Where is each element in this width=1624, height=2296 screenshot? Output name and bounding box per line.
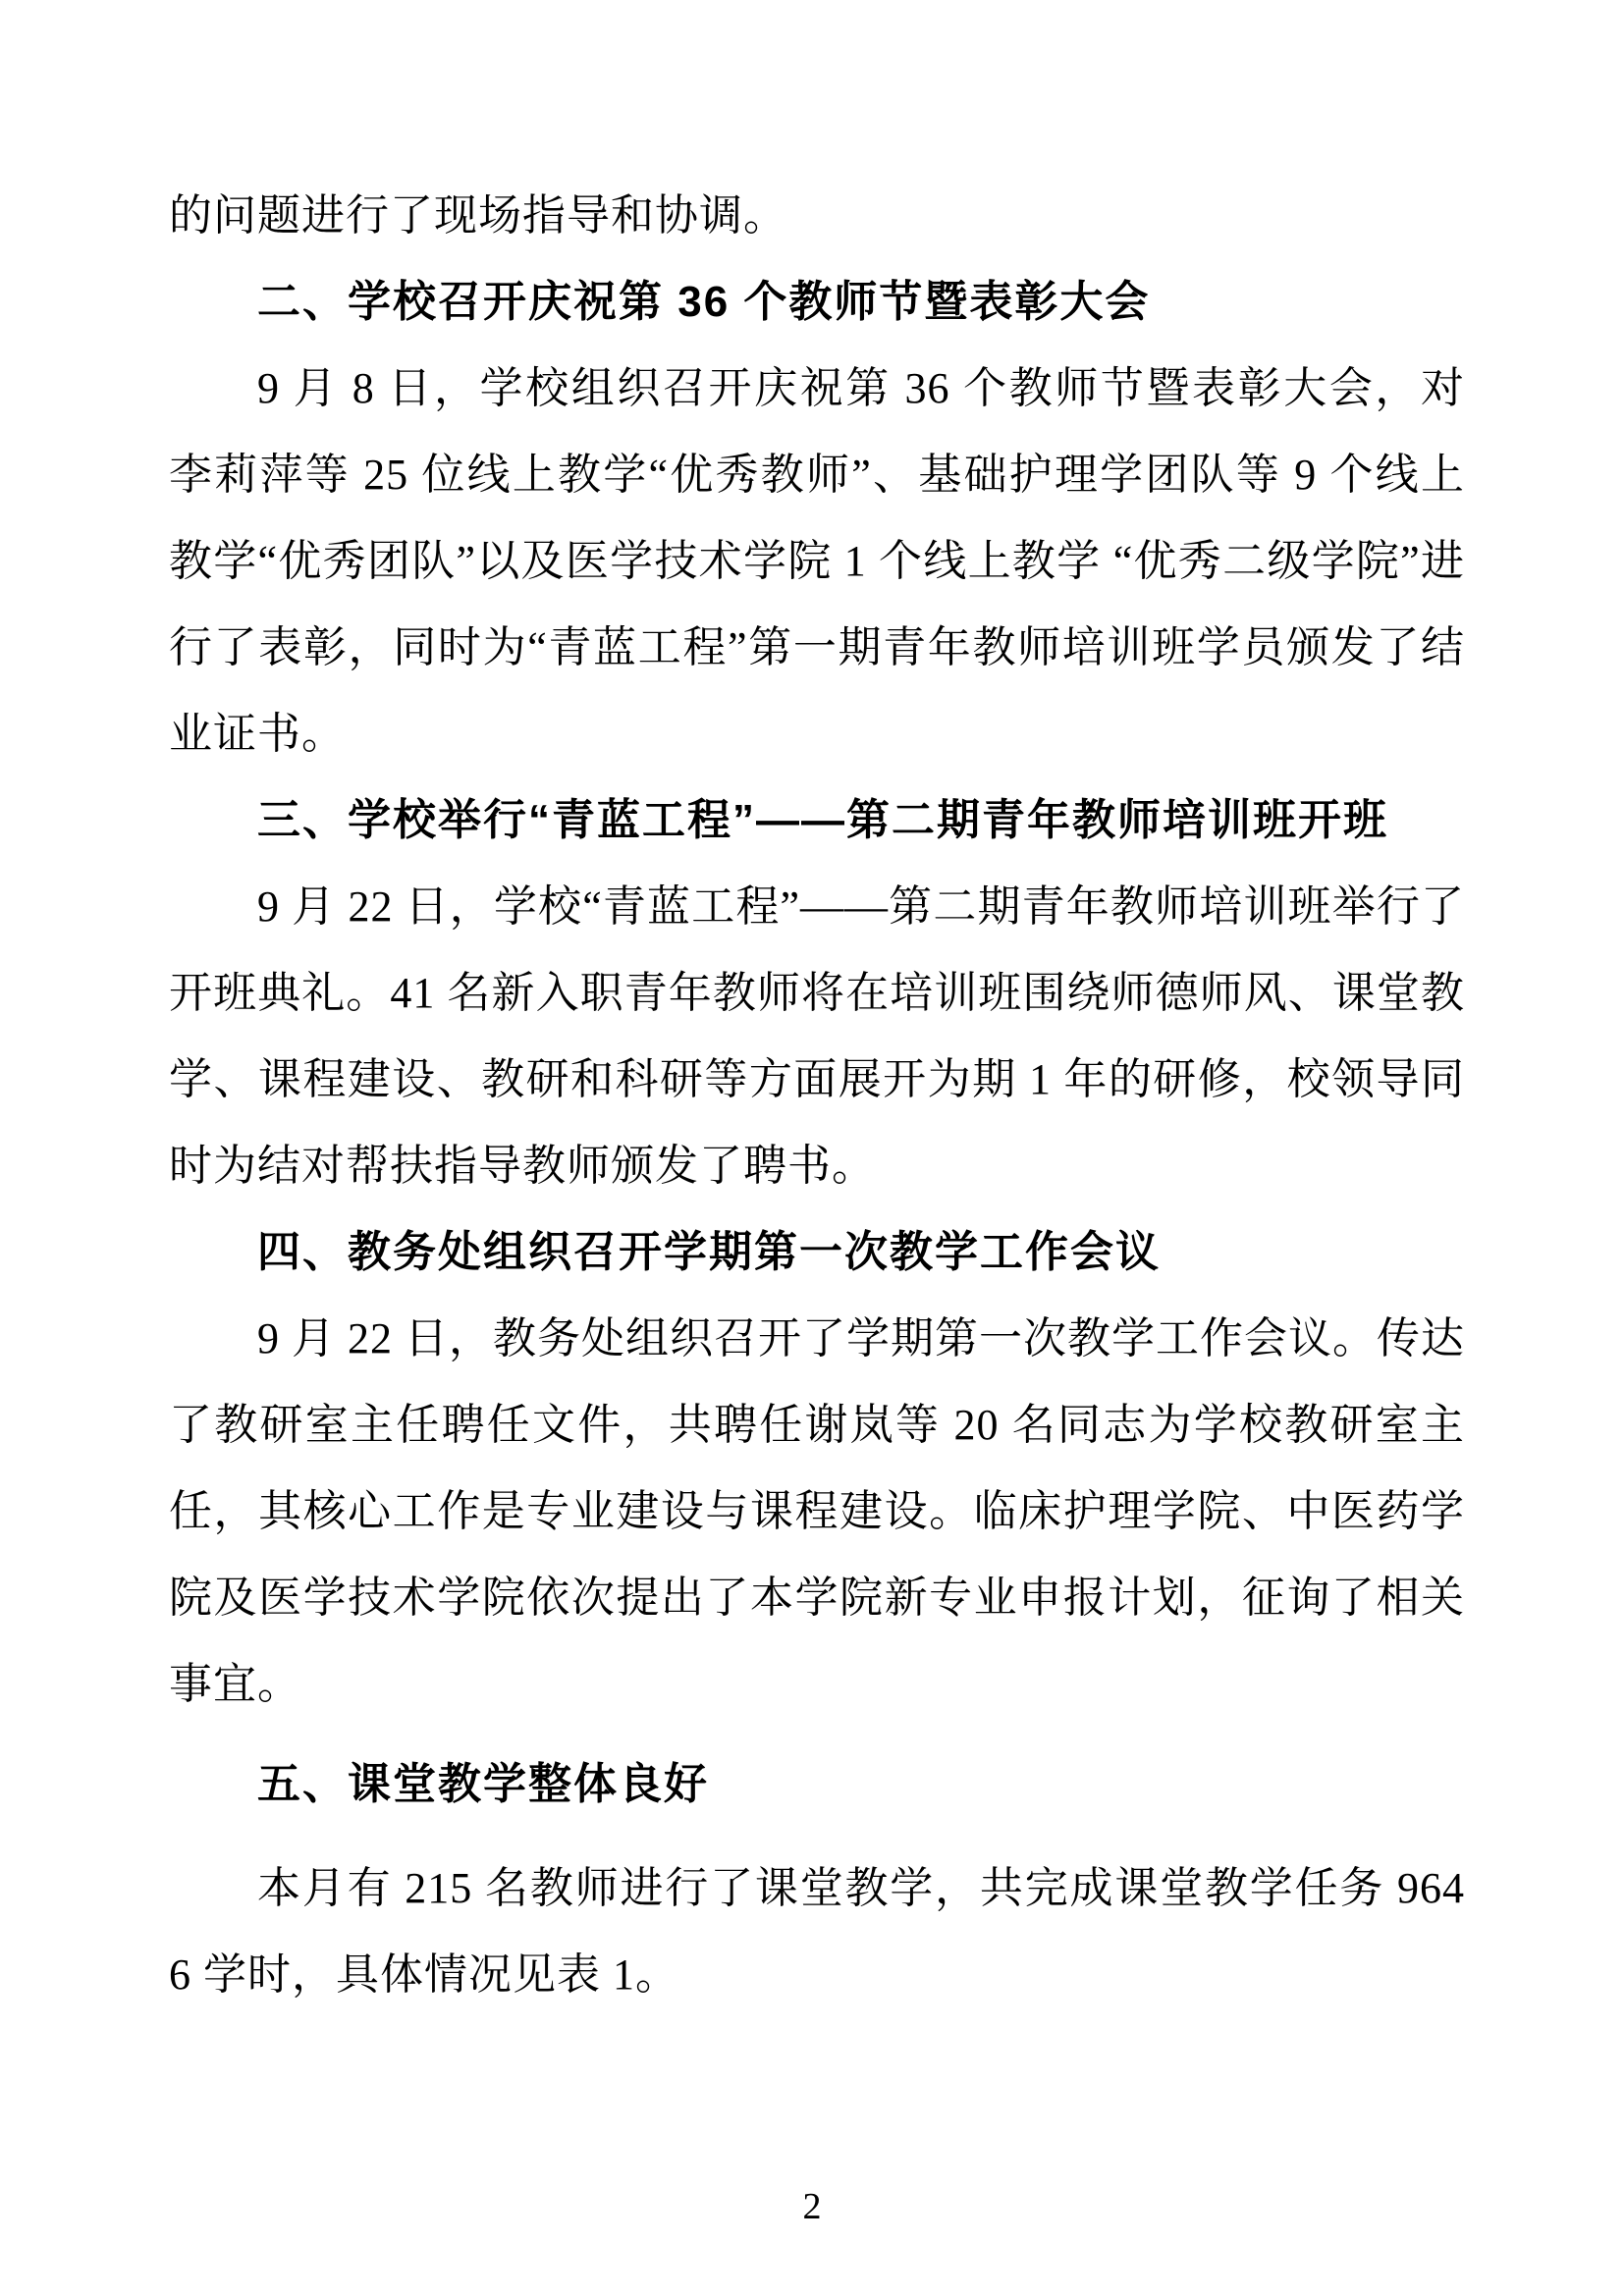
document-page: 的问题进行了现场指导和协调。二、学校召开庆祝第 36 个教师节暨表彰大会9 月 … <box>0 0 1624 2296</box>
section-heading: 三、学校举行“青蓝工程”——第二期青年教师培训班开班 <box>169 777 1465 864</box>
document-body: 的问题进行了现场指导和协调。二、学校召开庆祝第 36 个教师节暨表彰大会9 月 … <box>169 173 1465 2018</box>
paragraph: 的问题进行了现场指导和协调。 <box>169 173 1465 259</box>
page-number: 2 <box>803 2186 822 2227</box>
paragraph: 9 月 8 日，学校组织召开庆祝第 36 个教师节暨表彰大会，对李莉萍等 25 … <box>169 346 1465 777</box>
section-heading: 二、学校召开庆祝第 36 个教师节暨表彰大会 <box>169 259 1465 346</box>
paragraph: 9 月 22 日，教务处组织召开了学期第一次教学工作会议。传达了教研室主任聘任文… <box>169 1296 1465 1728</box>
section-heading: 五、课堂教学整体良好 <box>169 1741 1465 1828</box>
section-heading: 四、教务处组织召开学期第一次教学工作会议 <box>169 1209 1465 1296</box>
page-footer: 2 <box>0 2185 1624 2228</box>
paragraph: 本月有 215 名教师进行了课堂教学，共完成课堂教学任务 9646 学时，具体情… <box>169 1845 1465 2018</box>
paragraph: 9 月 22 日，学校“青蓝工程”——第二期青年教师培训班举行了开班典礼。41 … <box>169 864 1465 1209</box>
